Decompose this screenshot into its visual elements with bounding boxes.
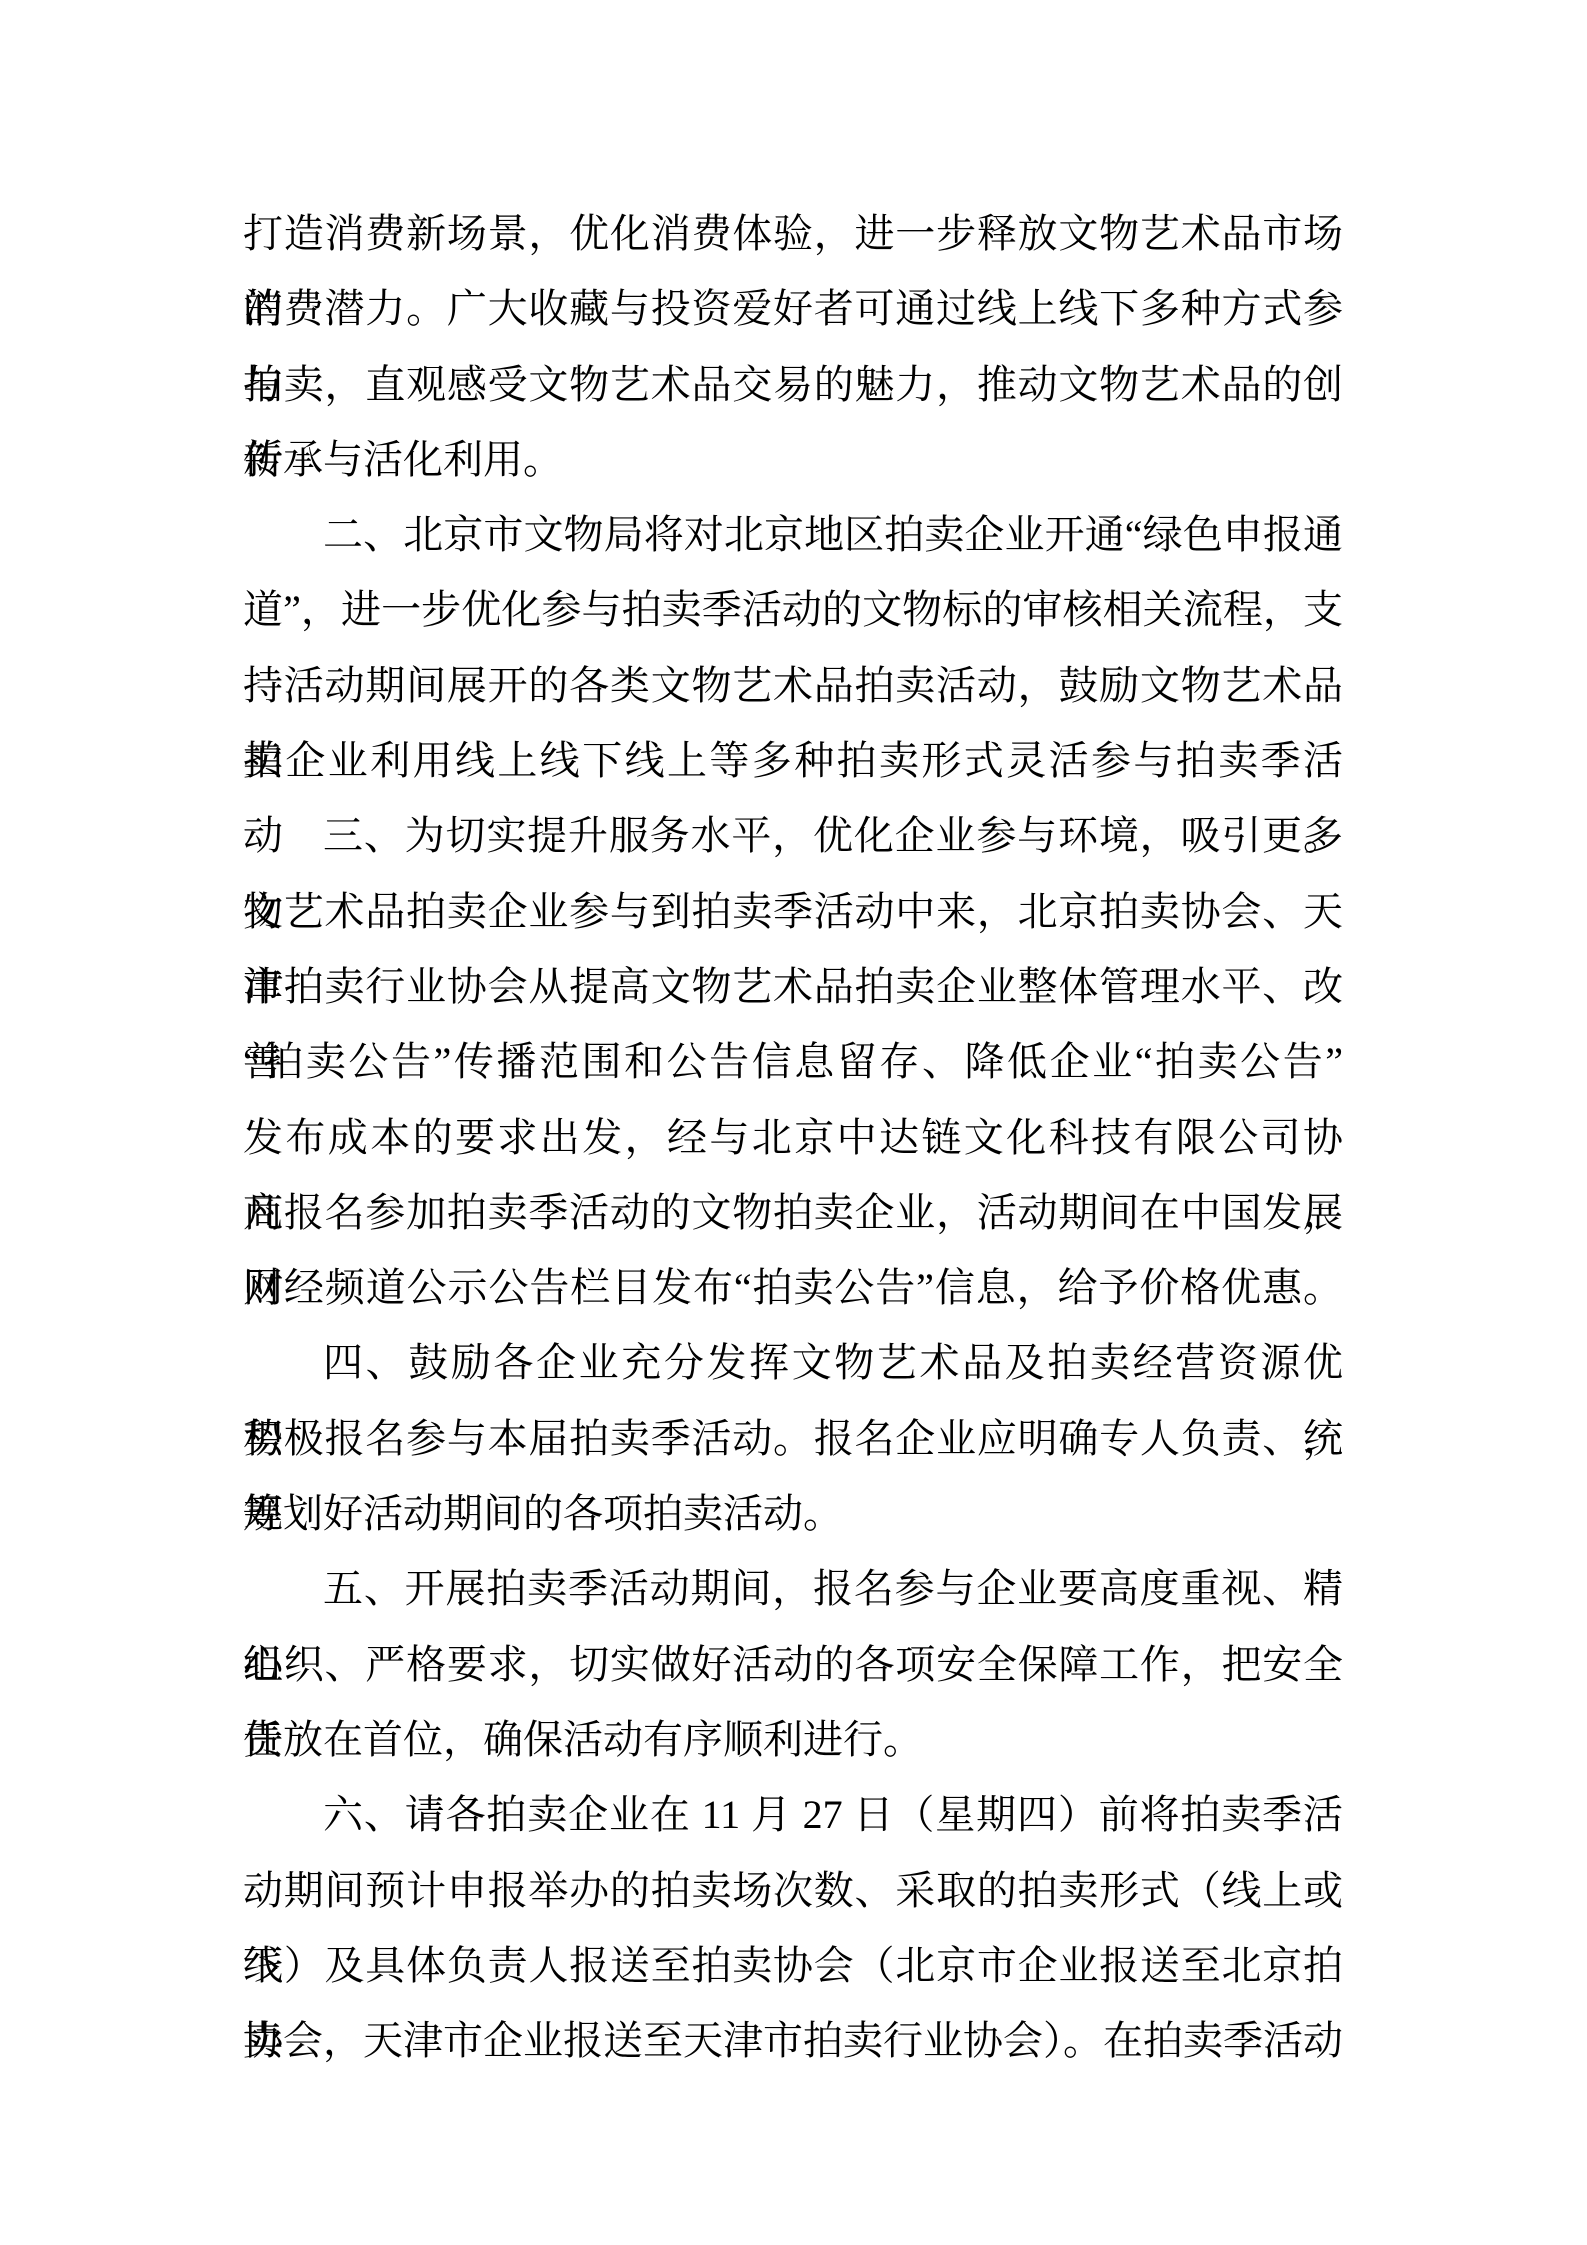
text-line: 组织、严格要求，切实做好活动的各项安全保障工作，把安全责 <box>243 1627 1343 1702</box>
text-line: 任放在首位，确保活动有序顺利进行。 <box>243 1702 1343 1777</box>
text-line: 持活动期间展开的各类文物艺术品拍卖活动，鼓励文物艺术品拍 <box>243 648 1343 723</box>
text-line: 四、鼓励各企业充分发挥文物艺术品及拍卖经营资源优势， <box>243 1325 1343 1400</box>
text-line: 道”，进一步优化参与拍卖季活动的文物标的审核相关流程，支 <box>243 572 1343 647</box>
document-text-block: 打造消费新场景，优化消费体验，进一步释放文物艺术品市场的消费潜力。广大收藏与投资… <box>243 196 1343 2078</box>
text-line: 打造消费新场景，优化消费体验，进一步释放文物艺术品市场的 <box>243 196 1343 271</box>
text-line: 三、为切实提升服务水平，优化企业参与环境，吸引更多文 <box>243 798 1343 873</box>
text-line: 市拍卖行业协会从提高文物艺术品拍卖企业整体管理水平、改善 <box>243 949 1343 1024</box>
text-line: 二、北京市文物局将对北京地区拍卖企业开通“绿色申报通 <box>243 497 1343 572</box>
text-line: 拍卖，直观感受文物艺术品交易的魅力，推动文物艺术品的创新 <box>243 347 1343 422</box>
text-line: 传承与活化利用。 <box>243 422 1343 497</box>
text-line: 五、开展拍卖季活动期间，报名参与企业要高度重视、精心 <box>243 1551 1343 1626</box>
text-line: 协会，天津市企业报送至天津市拍卖行业协会）。在拍卖季活动 <box>243 2003 1343 2078</box>
text-line: 凡报名参加拍卖季活动的文物拍卖企业，活动期间在中国发展网 <box>243 1175 1343 1250</box>
text-line: 规划好活动期间的各项拍卖活动。 <box>243 1476 1343 1551</box>
text-line: 六、请各拍卖企业在 11 月 27 日（星期四）前将拍卖季活 <box>243 1777 1343 1852</box>
text-line: “拍卖公告”传播范围和公告信息留存、降低企业“拍卖公告” <box>243 1024 1343 1099</box>
text-line: 财经频道公示公告栏目发布“拍卖公告”信息，给予价格优惠。 <box>243 1250 1343 1325</box>
text-line: 卖企业利用线上线下线上等多种拍卖形式灵活参与拍卖季活动。 <box>243 723 1343 798</box>
text-line: 动期间预计申报举办的拍卖场次数、采取的拍卖形式（线上或线 <box>243 1853 1343 1928</box>
document-page: 打造消费新场景，优化消费体验，进一步释放文物艺术品市场的消费潜力。广大收藏与投资… <box>0 0 1587 2245</box>
text-line: 消费潜力。广大收藏与投资爱好者可通过线上线下多种方式参与 <box>243 271 1343 346</box>
text-line: 物艺术品拍卖企业参与到拍卖季活动中来，北京拍卖协会、天津 <box>243 874 1343 949</box>
text-line: 积极报名参与本届拍卖季活动。报名企业应明确专人负责、统筹 <box>243 1401 1343 1476</box>
text-line: 下）及具体负责人报送至拍卖协会（北京市企业报送至北京拍卖 <box>243 1928 1343 2003</box>
text-line: 发布成本的要求出发，经与北京中达链文化科技有限公司协商， <box>243 1100 1343 1175</box>
